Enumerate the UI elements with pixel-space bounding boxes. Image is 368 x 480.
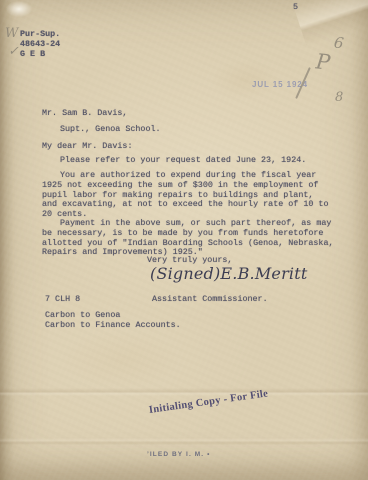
- recipient-title: Supt., Genoa School.: [60, 125, 161, 135]
- pencil-annotation-p: P: [315, 49, 332, 74]
- page-number: 5: [293, 3, 298, 13]
- recipient-name: Mr. Sam B. Davis,: [42, 109, 127, 119]
- pencil-annotation-8: 8: [335, 90, 343, 105]
- salutation: My dear Mr. Davis:: [42, 142, 132, 152]
- body-paragraph-3: Payment in the above sum, or such part t…: [42, 219, 342, 258]
- handwritten-mark: W: [5, 26, 18, 41]
- body-paragraph-2: You are authorized to expend during the …: [42, 171, 342, 220]
- scanned-letter-page: 5 W ✓ Pur-Sup. 48643-24 G E B JUL 15 192…: [0, 0, 368, 480]
- filed-by-stamp: ’ILED BY I. M. •: [147, 451, 210, 458]
- file-reference-block: Pur-Sup. 48643-24 G E B: [20, 30, 60, 59]
- handwritten-checkmark: ✓: [8, 44, 19, 59]
- typist-reference: 7 CLH 8: [45, 295, 80, 305]
- pencil-annotation-6: 6: [333, 33, 345, 52]
- signer-title: Assistant Commissioner.: [152, 295, 268, 305]
- body-paragraph-1: Please refer to your request dated June …: [42, 156, 342, 166]
- carbon-copy-notes: Carbon to Genoa Carbon to Finance Accoun…: [45, 311, 181, 331]
- stamped-signature: (Signed)E.B.Meritt: [150, 264, 308, 283]
